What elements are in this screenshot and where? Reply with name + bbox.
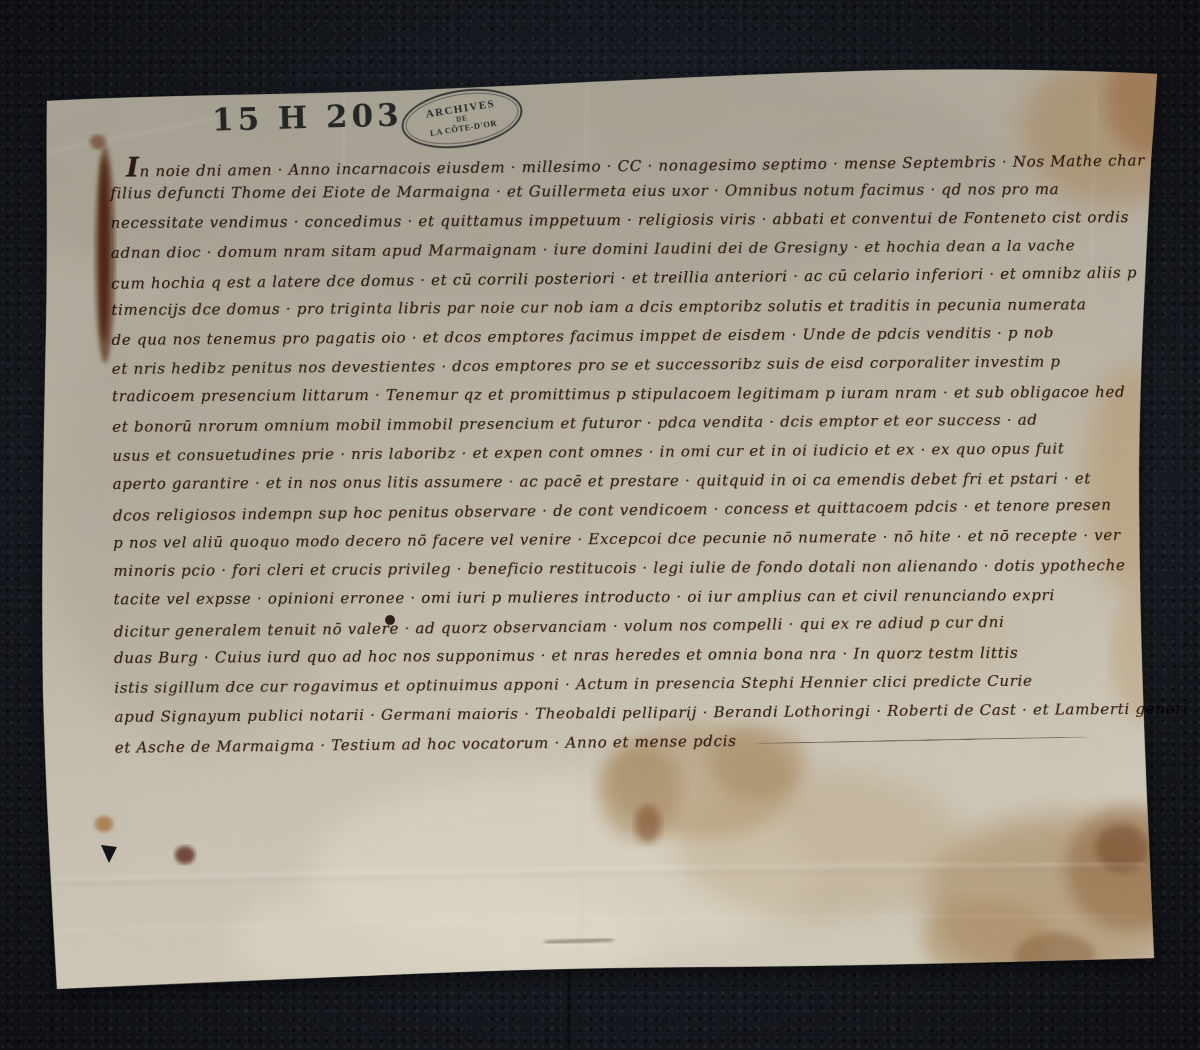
photo-stage: 15 H 203 ARCHIVES DE LA CÔTE-D'OR In noi… (0, 0, 1200, 1050)
stamp-line-1: ARCHIVES (425, 98, 496, 121)
stamp-line-2: DE (456, 114, 469, 124)
spot-dark (175, 846, 195, 864)
manuscript-line: tradicoem presencium littarum · Tenemur … (112, 378, 1152, 412)
manuscript-line: timencijs dce domus · pro triginta libri… (111, 290, 1151, 325)
closing-flourish (752, 736, 1087, 744)
spot-orange (95, 816, 113, 832)
stamp-line-3: LA CÔTE-D'OR (429, 118, 498, 139)
manuscript-line: duas Burg · Cuius iurd quo ad hoc nos su… (114, 638, 1154, 673)
manuscript-line: necessitate vendimus · concedimus · et q… (110, 203, 1150, 238)
manuscript-text-block: In noie dni amen · Anno incarnacois eius… (110, 144, 1155, 761)
shelfmark-annotation: 15 H 203 (212, 97, 404, 138)
